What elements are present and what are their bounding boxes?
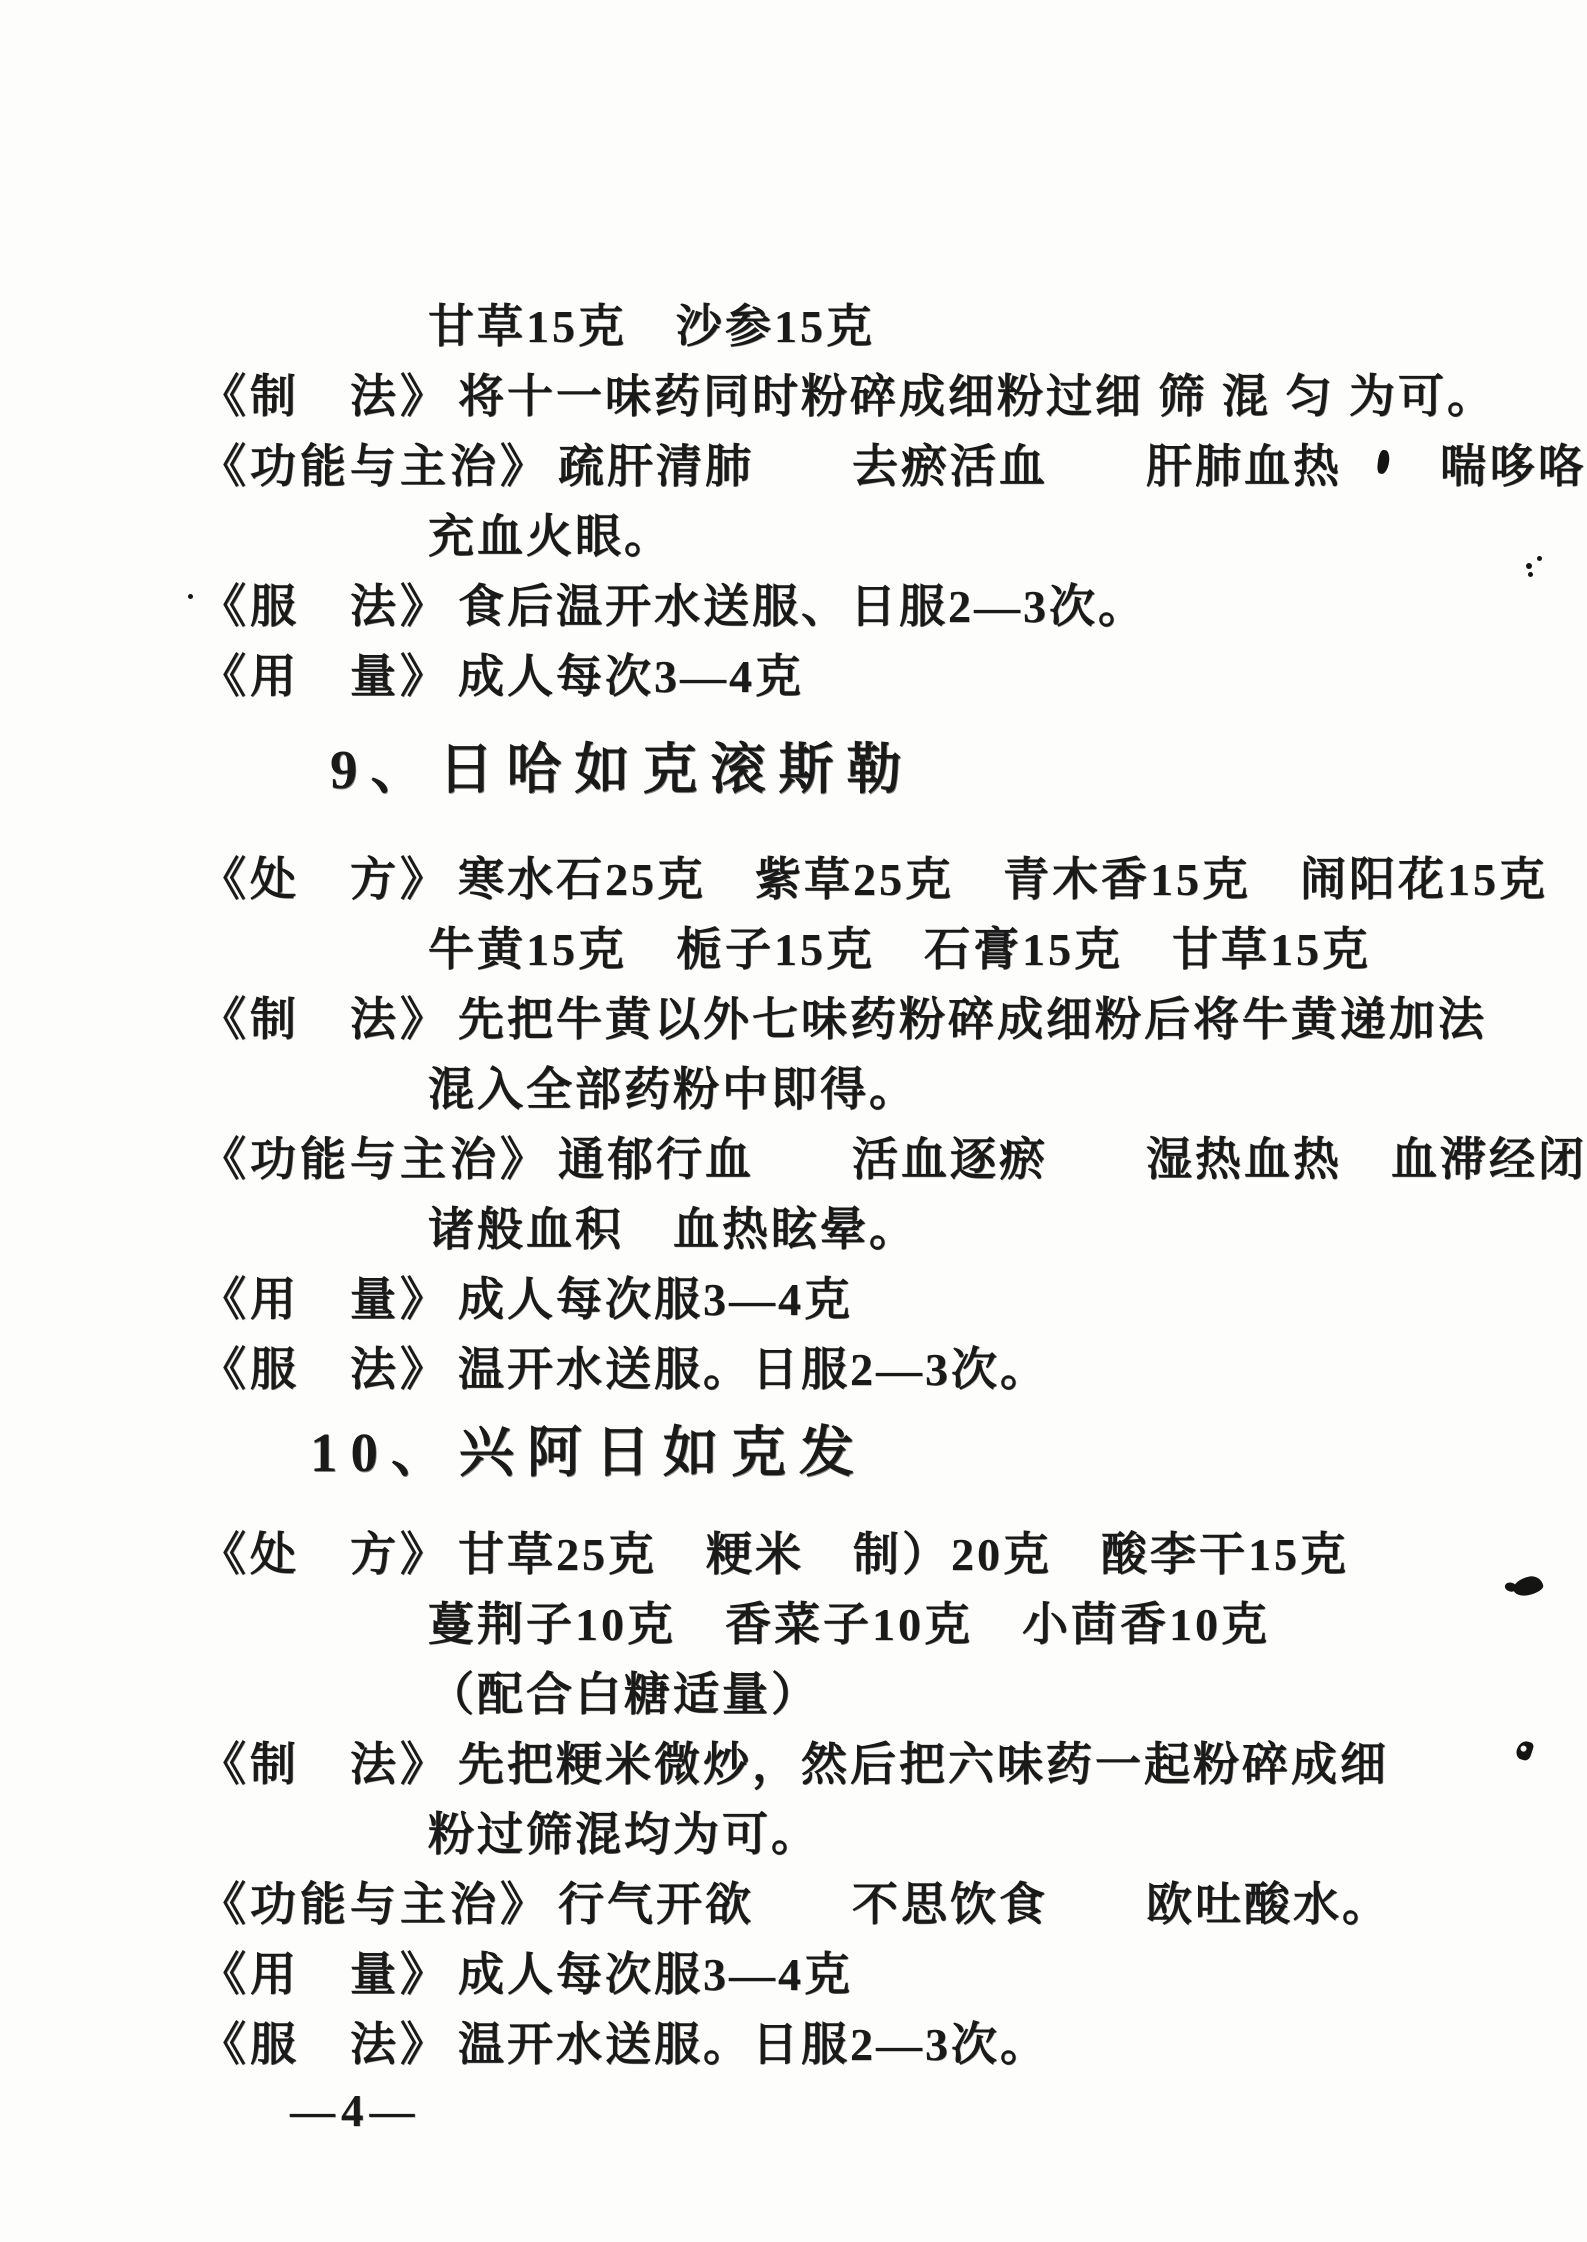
recipe-9-function-indications: 《功能与主治》通郁行血 活血逐瘀 湿热血热 血滞经闭 <box>200 1121 1537 1191</box>
recipe-8-ingredients-continuation: 甘草15克 沙参15克 <box>200 288 1537 358</box>
recipe-9-prescription-continuation: 牛黄15克 栀子15克 石膏15克 甘草15克 <box>200 911 1537 981</box>
field-label: 《用 量》 <box>200 1263 450 1329</box>
field-label: 《服 法》 <box>200 1333 450 1399</box>
heading-text: 10、兴阿日如克发 <box>310 1408 867 1487</box>
field-label: 《用 量》 <box>200 640 450 706</box>
ink-speck <box>1537 556 1542 561</box>
field-label: 《服 法》 <box>200 2008 450 2074</box>
field-text: 成人每次3—4克 <box>458 640 804 706</box>
recipe-10-dosage: 《用 量》成人每次服3—4克 <box>200 1936 1537 2006</box>
recipe-9-administration: 《服 法》温开水送服。日服2—3次。 <box>200 1331 1537 1401</box>
recipe-9-preparation-continuation: 混入全部药粉中即得。 <box>200 1051 1537 1121</box>
field-text: 混入全部药粉中即得。 <box>428 1053 918 1119</box>
field-text: 寒水石25克 紫草25克 青木香15克 闹阳花15克 <box>458 843 1548 909</box>
field-text: 粉过筛混均为可。 <box>428 1798 820 1864</box>
ink-speck <box>1526 563 1532 569</box>
field-label: 《处 方》 <box>200 843 450 909</box>
field-label: 《制 法》 <box>200 983 450 1049</box>
recipe-10-preparation: 《制 法》先把粳米微炒，然后把六味药一起粉碎成细 <box>200 1726 1537 1796</box>
recipe-8-administration: 《服 法》食后温开水送服、日服2—3次。 <box>200 568 1537 638</box>
field-label: 《功能与主治》 <box>200 430 550 496</box>
field-text: 食后温开水送服、日服2—3次。 <box>458 570 1147 636</box>
field-text: 将十一味药同时粉碎成细粉过细 筛 混 匀 为可。 <box>458 360 1496 426</box>
field-text: （配合白糖适量） <box>428 1658 820 1724</box>
ingredients-text: 牛黄15克 栀子15克 石膏15克 甘草15克 <box>428 913 1371 979</box>
field-label: 《制 法》 <box>200 360 450 426</box>
field-text: 成人每次服3—4克 <box>458 1263 853 1329</box>
document-page: 甘草15克 沙参15克 《制 法》将十一味药同时粉碎成细粉过细 筛 混 匀 为可… <box>0 0 1587 2242</box>
field-text: 先把牛黄以外七味药粉碎成细粉后将牛黄递加法 <box>458 983 1487 1049</box>
field-label: 《功能与主治》 <box>200 1123 550 1189</box>
recipe-10-prescription-note: （配合白糖适量） <box>200 1656 1537 1726</box>
heading-text: 9、日哈如克滚斯勒 <box>330 725 915 804</box>
field-label: 《用 量》 <box>200 1938 450 2004</box>
field-text: 甘草25克 粳米 制）20克 酸李干15克 <box>458 1518 1349 1584</box>
field-text: 温开水送服。日服2—3次。 <box>458 1333 1049 1399</box>
recipe-8-dosage: 《用 量》成人每次3—4克 <box>200 638 1537 708</box>
ingredients-text: 甘草15克 沙参15克 <box>428 290 875 356</box>
field-text: 充血火眼。 <box>428 500 673 566</box>
field-text: 行气开欲 不思饮食 欧吐酸水。 <box>558 1868 1391 1934</box>
recipe-8-function-indications: 《功能与主治》疏肝清肺 去瘀活血 肝肺血热 喘哆咯血 <box>200 428 1537 498</box>
field-label: 《功能与主治》 <box>200 1868 550 1934</box>
field-text: 诸般血积 血热眩晕。 <box>428 1193 918 1259</box>
recipe-9-prescription: 《处 方》寒水石25克 紫草25克 青木香15克 闹阳花15克 <box>200 841 1537 911</box>
recipe-9-dosage: 《用 量》成人每次服3—4克 <box>200 1261 1537 1331</box>
page-number: —4— <box>290 2076 1537 2146</box>
recipe-9-preparation: 《制 法》先把牛黄以外七味药粉碎成细粉后将牛黄递加法 <box>200 981 1537 1051</box>
recipe-10-administration: 《服 法》温开水送服。日服2—3次。 <box>200 2006 1537 2076</box>
field-text: 先把粳米微炒，然后把六味药一起粉碎成细 <box>458 1728 1389 1794</box>
field-text: 成人每次服3—4克 <box>458 1938 853 2004</box>
field-label: 《处 方》 <box>200 1518 450 1584</box>
ink-speck <box>188 594 193 599</box>
field-label: 《制 法》 <box>200 1728 450 1794</box>
ingredients-text: 蔓荆子10克 香菜子10克 小茴香10克 <box>428 1588 1270 1654</box>
field-label: 《服 法》 <box>200 570 450 636</box>
recipe-10-heading: 10、兴阿日如克发 <box>310 1401 1537 1493</box>
field-text: 通郁行血 活血逐瘀 湿热血热 血滞经闭 <box>558 1123 1587 1189</box>
recipe-10-preparation-continuation: 粉过筛混均为可。 <box>200 1796 1537 1866</box>
recipe-10-prescription: 《处 方》甘草25克 粳米 制）20克 酸李干15克 <box>200 1516 1537 1586</box>
field-text: 疏肝清肺 去瘀活血 肝肺血热 喘哆咯血 <box>558 430 1587 496</box>
field-text: 温开水送服。日服2—3次。 <box>458 2008 1049 2074</box>
recipe-10-prescription-continuation: 蔓荆子10克 香菜子10克 小茴香10克 <box>200 1586 1537 1656</box>
recipe-8-indications-continuation: 充血火眼。 <box>200 498 1537 568</box>
ink-speck <box>1528 572 1533 577</box>
recipe-8-preparation: 《制 法》将十一味药同时粉碎成细粉过细 筛 混 匀 为可。 <box>200 358 1537 428</box>
recipe-10-function-indications: 《功能与主治》行气开欲 不思饮食 欧吐酸水。 <box>200 1866 1537 1936</box>
recipe-9-indications-continuation: 诸般血积 血热眩晕。 <box>200 1191 1537 1261</box>
recipe-9-heading: 9、日哈如克滚斯勒 <box>330 718 1537 810</box>
